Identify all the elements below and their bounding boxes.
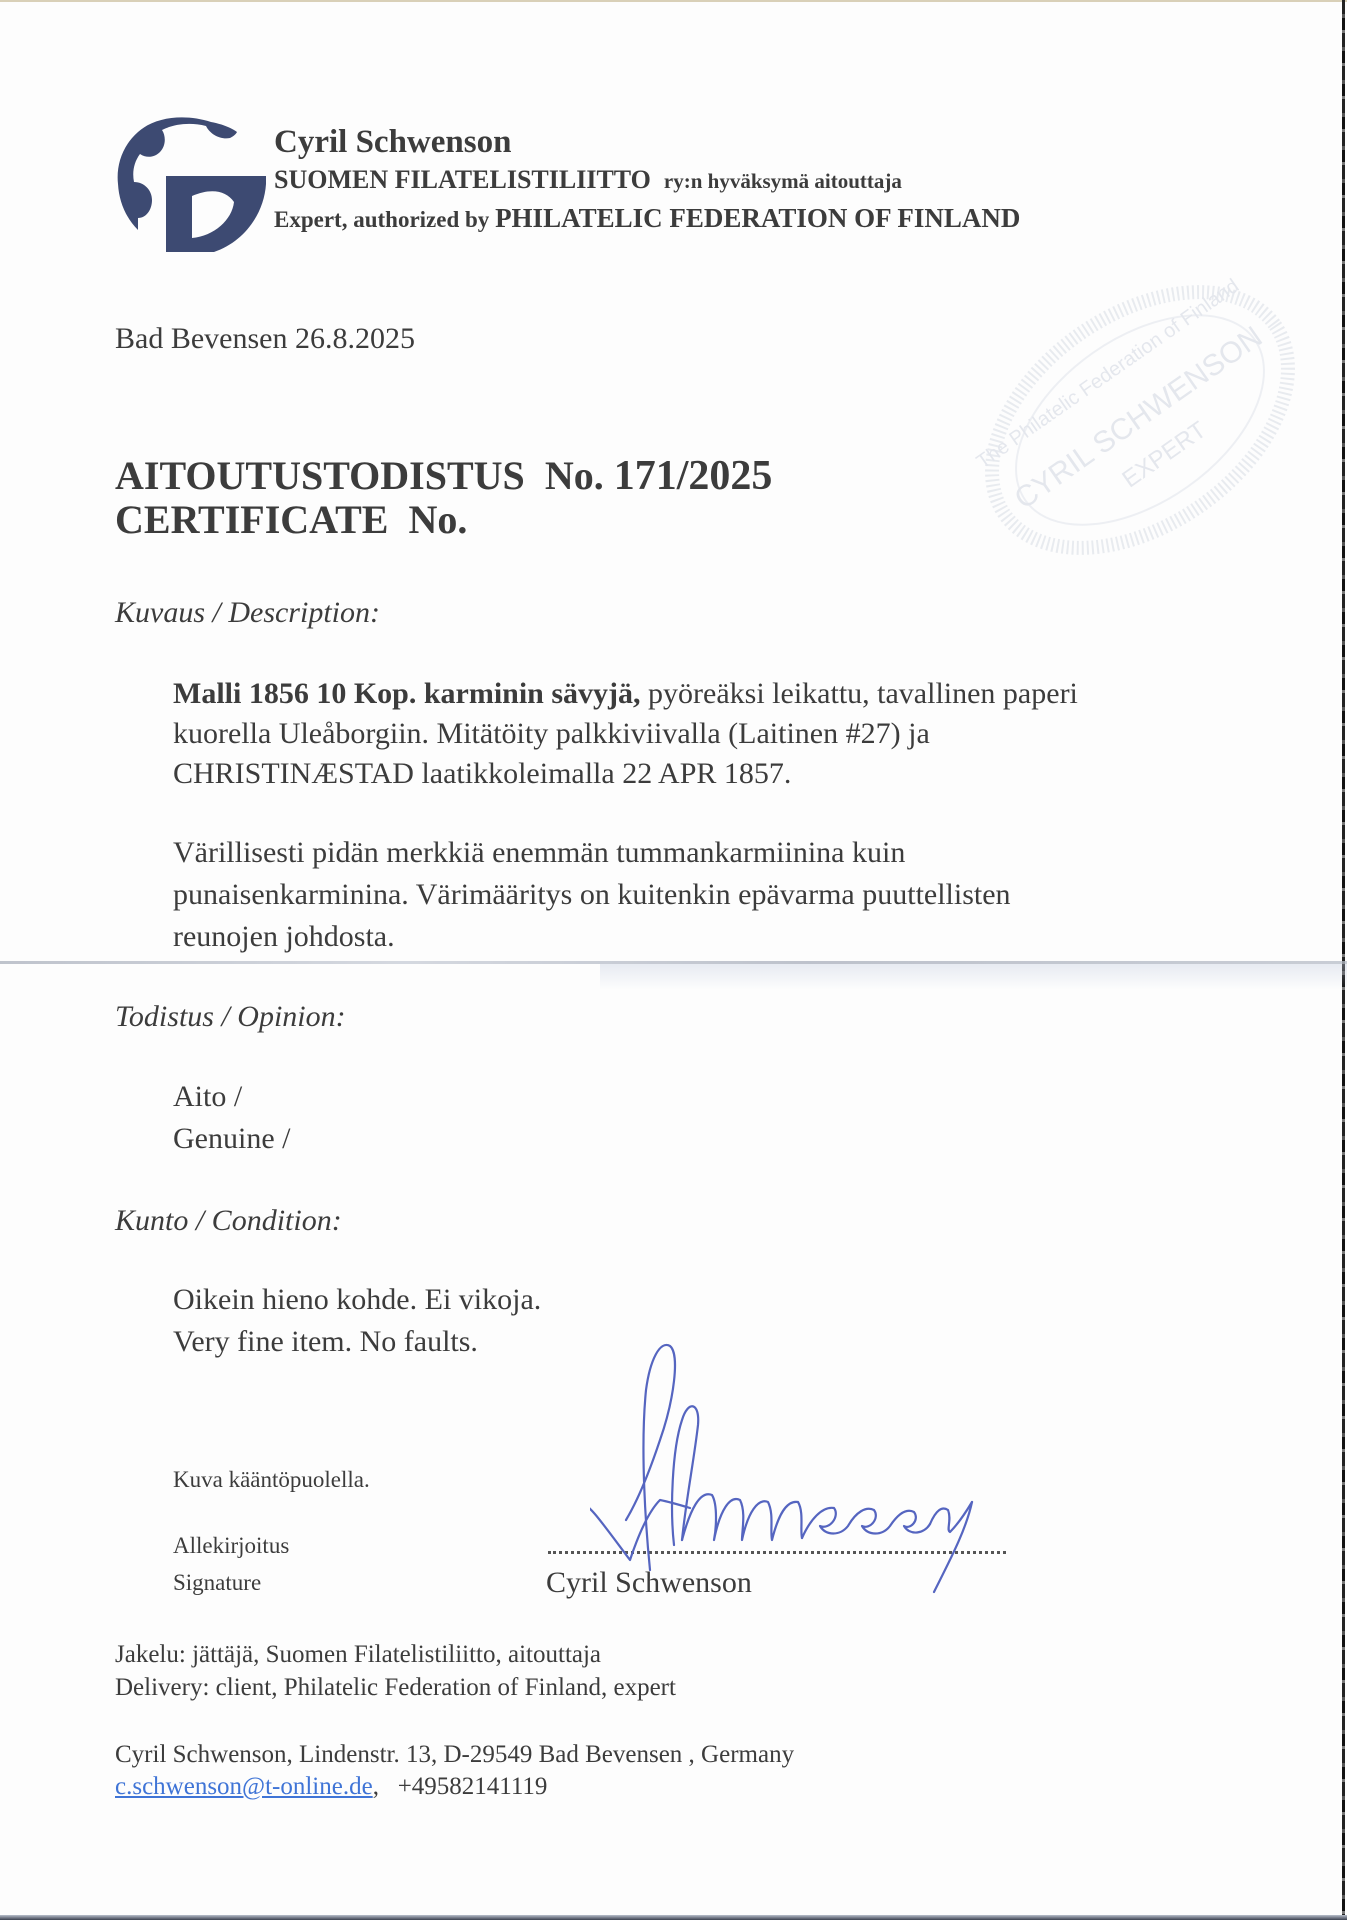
description-line-1: Malli 1856 10 Kop. karminin sävyjä, pyör… <box>173 679 1078 709</box>
paper-bottom-edge <box>0 1915 1347 1920</box>
signature-label-fi: Allekirjoitus <box>173 1534 289 1557</box>
certificate-title-fi: AITOUTUSTODISTUS No. 171/2025 <box>115 455 772 497</box>
description-line-1-rest: pyöreäksi leikattu, tavallinen paperi <box>641 677 1078 710</box>
certificate-page: Cyril Schwenson SUOMEN FILATELISTILIITTO… <box>0 0 1347 1920</box>
expert-authorized-prefix: Expert, authorized by <box>274 207 489 232</box>
federation-name-en: Expert, authorized by PHILATELIC FEDERAT… <box>274 205 1020 232</box>
condition-line-en: Very fine item. No faults. <box>173 1327 478 1357</box>
paper-fold-shadow <box>600 964 1347 990</box>
description-label: Kuvaus / Description: <box>115 598 380 628</box>
image-on-reverse-note: Kuva kääntöpuolella. <box>173 1468 370 1491</box>
certificate-number: 171/2025 <box>614 453 773 499</box>
description-color-note-line-2: punaisenkarminina. Värimääritys on kuite… <box>173 880 1011 910</box>
contact-line: c.schwenson@t-online.de, +49582141119 <box>115 1774 547 1799</box>
condition-line-fi: Oikein hieno kohde. Ei vikoja. <box>173 1285 541 1315</box>
description-line-2: kuorella Uleåborgiin. Mitätöity palkkivi… <box>173 719 930 749</box>
paper-right-edge <box>1342 0 1345 1920</box>
embossed-seal-icon: The Philatelic Federation of Finland CYR… <box>965 275 1315 565</box>
description-line-3: CHRISTINÆSTAD laatikkoleimalla 22 APR 18… <box>173 759 791 789</box>
distribution-en: Delivery: client, Philatelic Federation … <box>115 1675 676 1700</box>
opinion-label: Todistus / Opinion: <box>115 1002 346 1032</box>
federation-name-fi-main: SUOMEN FILATELISTILIITTO <box>274 165 651 194</box>
federation-name-fi: SUOMEN FILATELISTILIITTO ry:n hyväksymä … <box>274 167 902 193</box>
description-color-note-line-1: Värillisesti pidän merkkiä enemmän tumma… <box>173 838 905 868</box>
contact-address: Cyril Schwenson, Lindenstr. 13, D-29549 … <box>115 1742 794 1767</box>
paper-top-edge <box>0 0 1347 2</box>
certificate-no-label-en: No. <box>408 497 467 542</box>
handwritten-signature-icon <box>590 1330 1050 1600</box>
expert-name: Cyril Schwenson <box>274 126 511 159</box>
opinion-line-fi: Aito / <box>173 1082 242 1112</box>
federation-logo-icon <box>116 114 266 254</box>
certificate-title-en-text: CERTIFICATE <box>115 497 388 542</box>
federation-name-en-main: PHILATELIC FEDERATION OF FINLAND <box>495 203 1020 233</box>
condition-label: Kunto / Condition: <box>115 1206 342 1236</box>
certificate-title-fi-text: AITOUTUSTODISTUS <box>115 453 525 498</box>
distribution-fi: Jakelu: jättäjä, Suomen Filatelistiliitt… <box>115 1642 601 1667</box>
description-color-note-line-3: reunojen johdosta. <box>173 922 395 952</box>
federation-name-fi-suffix: ry:n hyväksymä aitouttaja <box>664 169 902 193</box>
contact-separator: , <box>373 1773 379 1800</box>
contact-phone: +49582141119 <box>398 1773 548 1800</box>
signature-label-en: Signature <box>173 1571 261 1594</box>
certificate-no-label: No. <box>545 453 604 498</box>
contact-email-link[interactable]: c.schwenson@t-online.de <box>115 1773 373 1800</box>
place-and-date: Bad Bevensen 26.8.2025 <box>115 324 415 354</box>
opinion-line-en: Genuine / <box>173 1124 290 1154</box>
certificate-title-en: CERTIFICATE No. <box>115 500 467 540</box>
description-stamp-title: Malli 1856 10 Kop. karminin sävyjä, <box>173 677 641 710</box>
